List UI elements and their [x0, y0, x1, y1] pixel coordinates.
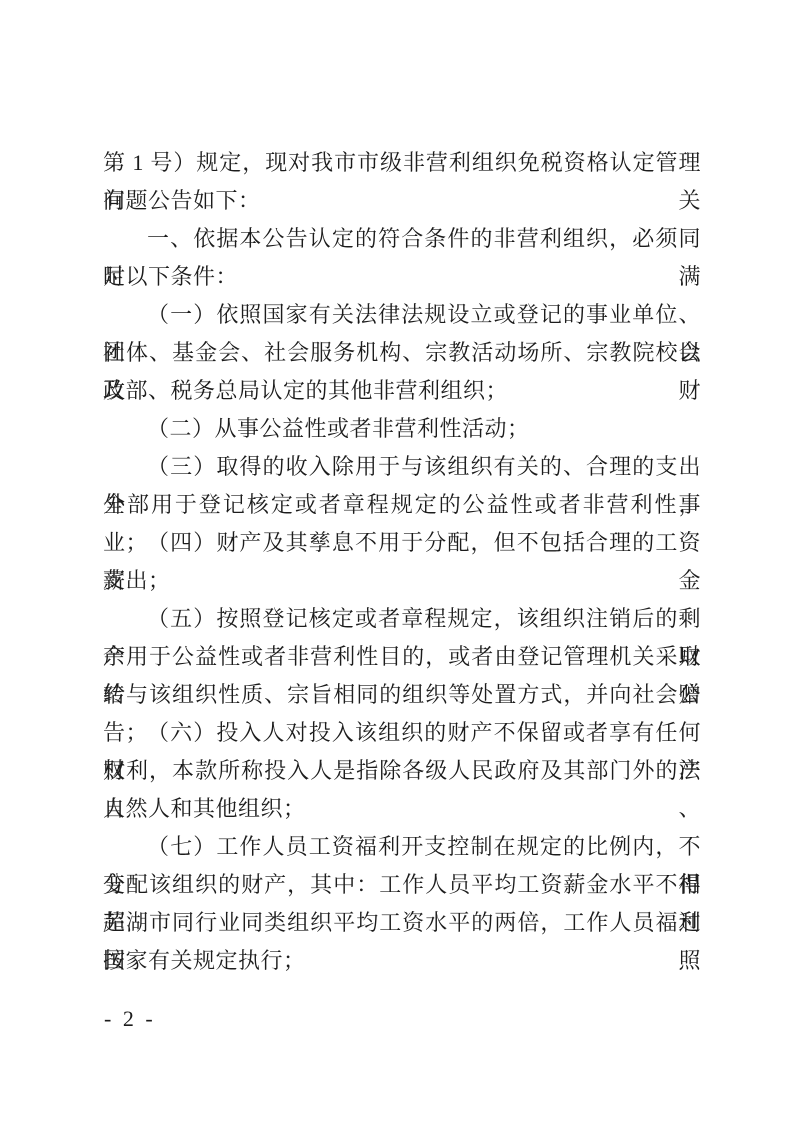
paragraph: （四）财产及其孳息不用于分配，但不包括合理的工资薪金支出； — [103, 524, 701, 600]
document-line: （六）投入人对投入该组织的财产不保留或者享有任何财产 — [103, 714, 701, 752]
document-line: （四）财产及其孳息不用于分配，但不包括合理的工资薪金 — [103, 524, 701, 562]
paragraph: （二）从事公益性或者非营利性活动； — [103, 410, 701, 448]
document-line: （三）取得的收入除用于与该组织有关的、合理的支出外， — [103, 448, 701, 486]
document-line: 芜湖市同行业同类组织平均工资水平的两倍，工作人员福利按照 — [103, 904, 701, 942]
document-line: 团体、基金会、社会服务机构、宗教活动场所、宗教院校以及财 — [103, 334, 701, 372]
document-line: 全部用于登记核定或者章程规定的公益性或者非营利性事业； — [103, 486, 701, 524]
document-line: 产用于公益性或者非营利性目的，或者由登记管理机关采取转赠 — [103, 638, 701, 676]
document-line: 一、依据本公告认定的符合条件的非营利组织，必须同时满 — [103, 220, 701, 258]
document-line: （五）按照登记核定或者章程规定，该组织注销后的剩余财 — [103, 600, 701, 638]
page-number: - 2 - — [104, 1005, 156, 1033]
document-line: （二）从事公益性或者非营利性活动； — [103, 410, 701, 448]
paragraph: （七）工作人员工资福利开支控制在规定的比例内，不变相分配该组织的财产，其中：工作… — [103, 828, 701, 980]
document-line: 分配该组织的财产，其中：工作人员平均工资薪金水平不得超过 — [103, 866, 701, 904]
document-line: 给与该组织性质、宗旨相同的组织等处置方式，并向社会公告； — [103, 676, 701, 714]
document-line: （七）工作人员工资福利开支控制在规定的比例内，不变相 — [103, 828, 701, 866]
paragraph: 第 1 号）规定，现对我市市级非营利组织免税资格认定管理有关问题公告如下： — [103, 144, 701, 220]
paragraph: （六）投入人对投入该组织的财产不保留或者享有任何财产权利，本款所称投入人是指除各… — [103, 714, 701, 828]
paragraph: （三）取得的收入除用于与该组织有关的、合理的支出外，全部用于登记核定或者章程规定… — [103, 448, 701, 524]
document-body: 第 1 号）规定，现对我市市级非营利组织免税资格认定管理有关问题公告如下：一、依… — [103, 144, 701, 980]
document-page: 第 1 号）规定，现对我市市级非营利组织免税资格认定管理有关问题公告如下：一、依… — [0, 0, 793, 1122]
paragraph: （五）按照登记核定或者章程规定，该组织注销后的剩余财产用于公益性或者非营利性目的… — [103, 600, 701, 714]
document-line: 第 1 号）规定，现对我市市级非营利组织免税资格认定管理有关 — [103, 144, 701, 182]
paragraph: 一、依据本公告认定的符合条件的非营利组织，必须同时满足以下条件： — [103, 220, 701, 296]
paragraph: （一）依照国家有关法律法规设立或登记的事业单位、社会团体、基金会、社会服务机构、… — [103, 296, 701, 410]
document-line: （一）依照国家有关法律法规设立或登记的事业单位、社会 — [103, 296, 701, 334]
document-line: 权利，本款所称投入人是指除各级人民政府及其部门外的法人、 — [103, 752, 701, 790]
